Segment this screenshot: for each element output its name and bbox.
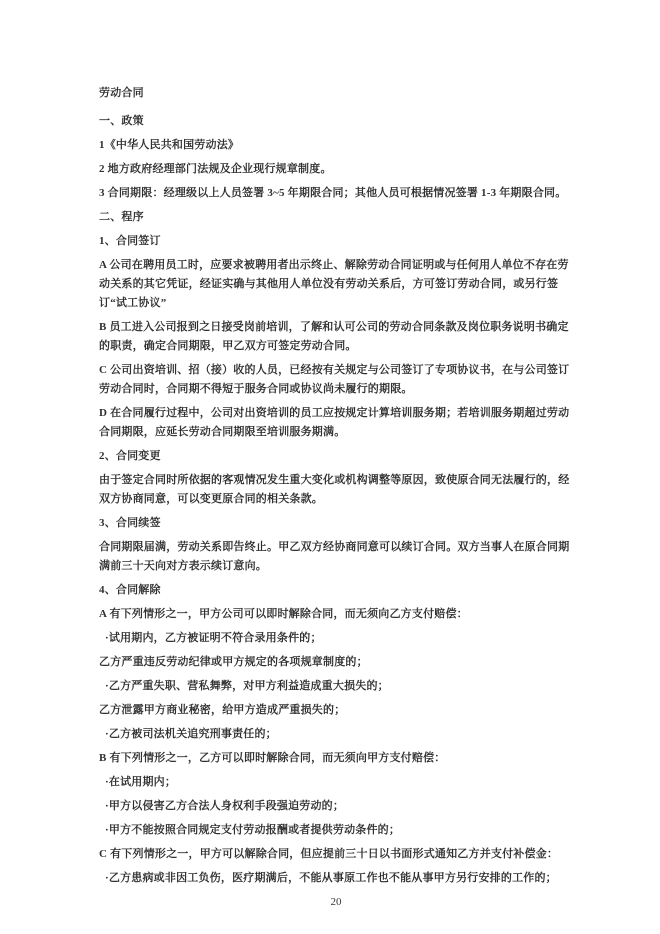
paragraph: 1《中华人民共和国劳动法》 xyxy=(99,136,573,155)
bullet-item: ·乙方被司法机关追究刑事责任的； xyxy=(99,725,573,744)
paragraph: 3 合同期限：经理级以上人员签署 3~5 年期限合同；其他人员可根据情况签署 1… xyxy=(99,184,573,203)
paragraph: 乙方严重违反劳动纪律或甲方规定的各项规章制度的； xyxy=(99,653,573,672)
paragraph: 乙方泄露甲方商业秘密，给甲方造成严重损失的； xyxy=(99,701,573,720)
paragraph: C 有下列情形之一，甲方可以解除合同，但应提前三十日以书面形式通知乙方并支付补偿… xyxy=(99,845,573,864)
doc-title: 劳动合同 xyxy=(99,84,573,103)
bullet-item: ·试用期内，乙方被证明不符合录用条件的； xyxy=(99,629,573,648)
paragraph: 2 地方政府经理部门法规及企业现行规章制度。 xyxy=(99,160,573,179)
sub-heading: 2、合同变更 xyxy=(99,447,573,466)
paragraph: B 有下列情形之一，乙方可以即时解除合同，而无须向甲方支付赔偿： xyxy=(99,749,573,768)
bullet-item: ·乙方患病或非因工负伤，医疗期满后，不能从事原工作也不能从事甲方另行安排的工作的… xyxy=(99,869,573,888)
paragraph: C 公司出资培训、招（接）收的人员，已经按有关规定与公司签订了专项协议书，在与公… xyxy=(99,361,573,399)
section-heading: 二、程序 xyxy=(99,208,573,227)
sub-heading: 3、合同续签 xyxy=(99,514,573,533)
bullet-item: ·甲方不能按照合同规定支付劳动报酬或者提供劳动条件的； xyxy=(99,821,573,840)
bullet-item: ·在试用期内； xyxy=(99,773,573,792)
bullet-item: ·乙方严重失职、营私舞弊，对甲方利益造成重大损失的； xyxy=(99,677,573,696)
sub-heading: 1、合同签订 xyxy=(99,232,573,251)
paragraph: A 公司在聘用员工时，应要求被聘用者出示终止、解除劳动合同证明或与任何用人单位不… xyxy=(99,256,573,313)
page-number: 20 xyxy=(99,893,573,912)
section-heading: 一、政策 xyxy=(99,112,573,131)
paragraph: D 在合同履行过程中，公司对出资培训的员工应按规定计算培训服务期；若培训服务期超… xyxy=(99,404,573,442)
paragraph: 合同期限届满，劳动关系即告终止。甲乙双方经协商同意可以续订合同。双方当事人在原合… xyxy=(99,538,573,576)
paragraph: A 有下列情形之一，甲方公司可以即时解除合同，而无须向乙方支付赔偿： xyxy=(99,605,573,624)
document-page: 劳动合同 一、政策 1《中华人民共和国劳动法》 2 地方政府经理部门法规及企业现… xyxy=(0,0,660,934)
paragraph: 由于签定合同时所依据的客观情况发生重大变化或机构调整等原因，致使原合同无法履行的… xyxy=(99,471,573,509)
paragraph: B 员工进入公司报到之日接受岗前培训，了解和认可公司的劳动合同条款及岗位职务说明… xyxy=(99,318,573,356)
sub-heading: 4、合同解除 xyxy=(99,581,573,600)
bullet-item: ·甲方以侵害乙方合法人身权利手段强迫劳动的； xyxy=(99,797,573,816)
